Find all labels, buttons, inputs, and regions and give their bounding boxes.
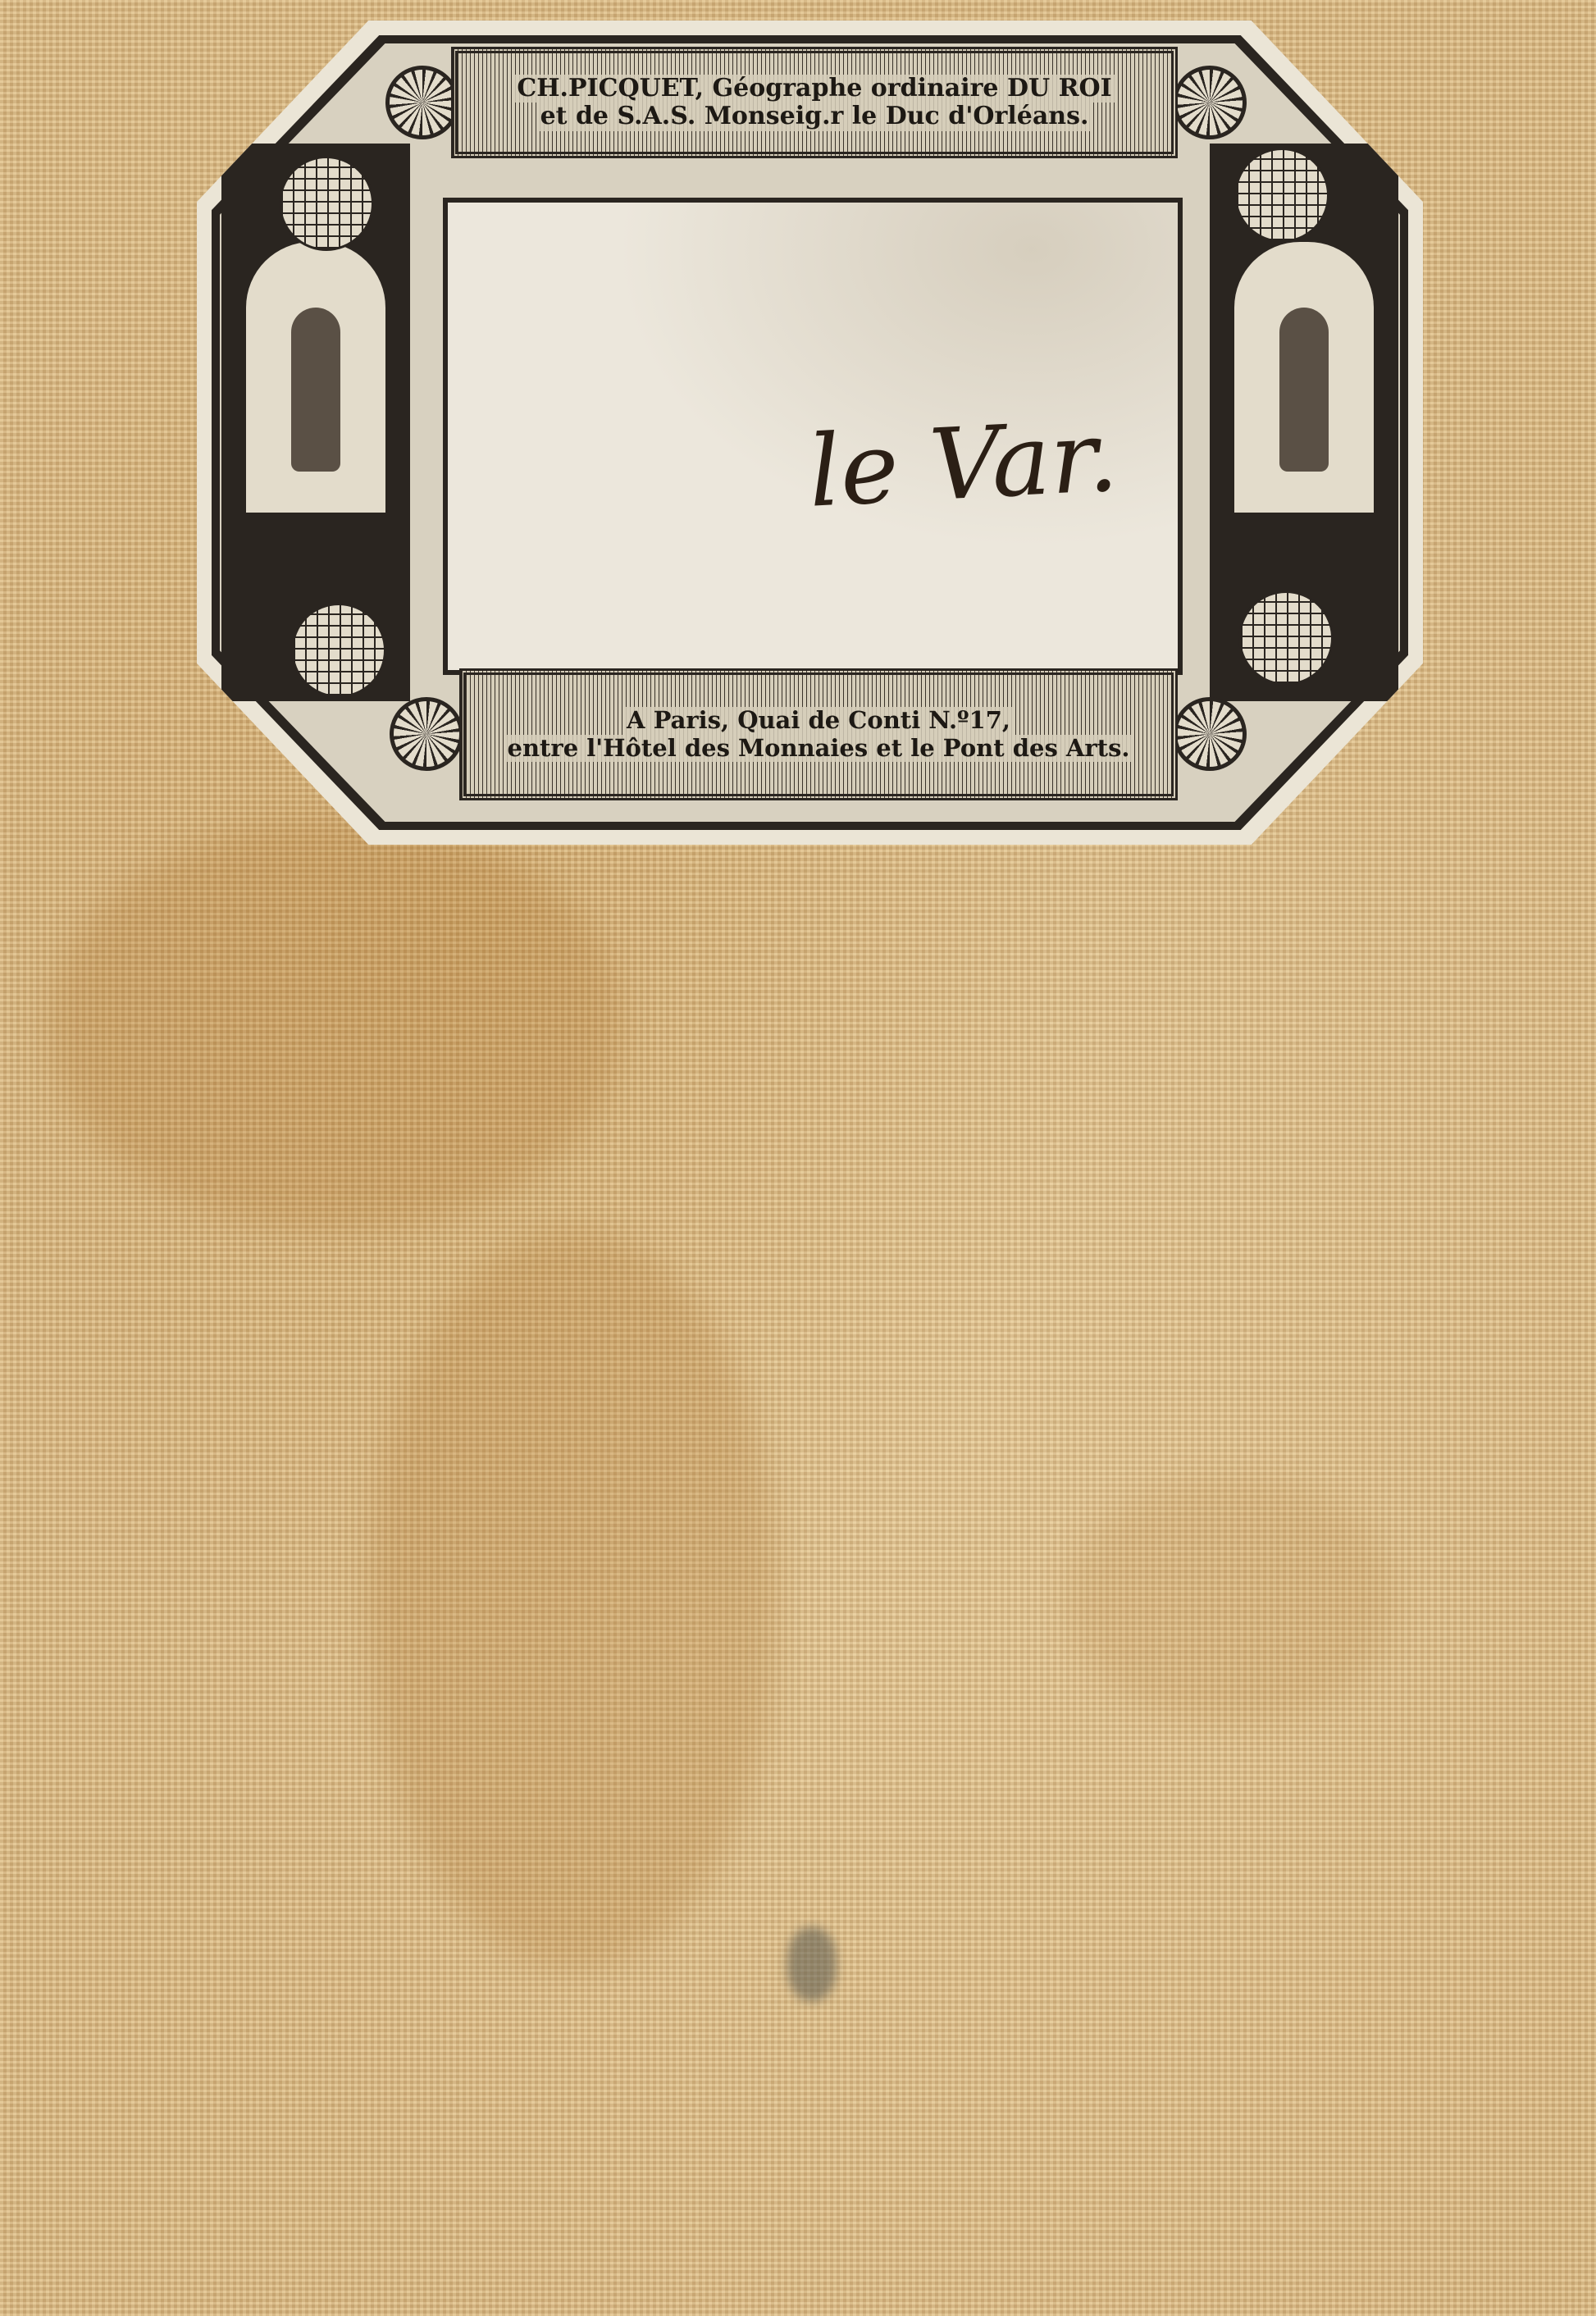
water-stain	[1066, 1476, 1394, 1722]
water-stain	[49, 820, 623, 1230]
rosette-icon	[390, 697, 463, 771]
publisher-name-banner: CH.PICQUET, Géographe ordinaire DU ROI e…	[451, 47, 1178, 158]
title-cartouche: le Var.	[443, 198, 1183, 675]
globe-icon	[279, 156, 374, 251]
rosette-icon	[1173, 697, 1247, 771]
address-line-1: A Paris, Quai de Conti N.º17,	[623, 707, 1014, 734]
handwritten-title: le Var.	[806, 399, 1121, 530]
seated-figure-right	[1279, 308, 1329, 472]
rosette-icon	[1173, 66, 1247, 139]
address-line-2: entre l'Hôtel des Monnaies et le Pont de…	[504, 735, 1133, 762]
gothic-niche	[1234, 242, 1374, 513]
globe-icon	[291, 603, 386, 698]
water-stain	[369, 1230, 779, 1968]
globe-icon	[1234, 148, 1329, 243]
seated-figure-left	[291, 308, 340, 472]
publisher-label: CH.PICQUET, Géographe ordinaire DU ROI e…	[197, 21, 1423, 845]
address-banner: A Paris, Quai de Conti N.º17, entre l'Hô…	[459, 668, 1178, 800]
publisher-line-1: CH.PICQUET, Géographe ordinaire DU ROI	[513, 75, 1115, 103]
ink-spot	[787, 1927, 837, 2001]
rosette-icon	[385, 66, 459, 139]
globe-icon	[1238, 590, 1334, 686]
publisher-line-2: et de S.A.S. Monseig.r le Duc d'Orléans.	[537, 103, 1092, 131]
gothic-niche	[246, 242, 385, 513]
